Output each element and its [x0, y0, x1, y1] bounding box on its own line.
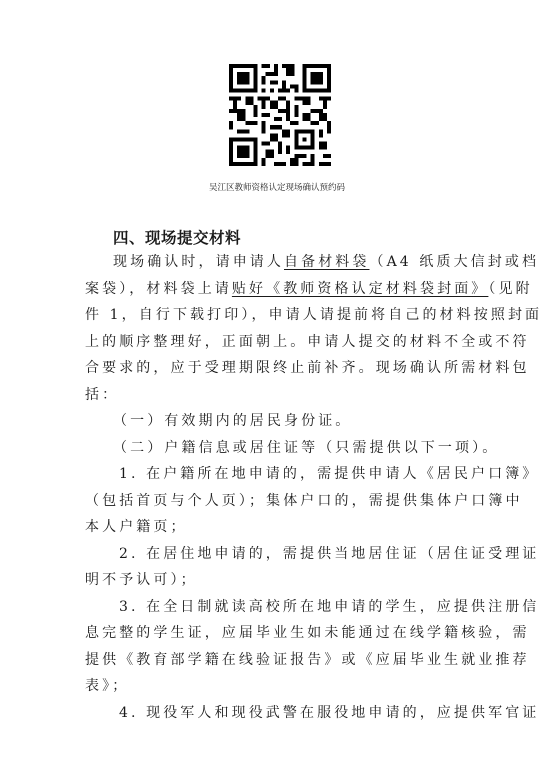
sub-item-line: 本人户籍页； — [85, 514, 470, 541]
text: （A4 纸质大信封或档 — [370, 254, 540, 270]
paragraph-line: 合要求的，应于受理期限终止前补齐。现场确认所需材料包 — [85, 355, 470, 382]
sub-item-line: 明不予认可）； — [85, 567, 470, 594]
paragraph-line: 现场确认时，请申请人自备材料袋（A4 纸质大信封或档 — [85, 249, 470, 276]
qr-code — [229, 64, 331, 166]
text: （见附 — [488, 281, 532, 297]
qr-code-icon — [229, 64, 331, 166]
section-heading: 四、现场提交材料 — [113, 226, 241, 248]
text: 案袋），材料袋上请 — [85, 281, 232, 297]
paragraph-line: 件 1，自行下载打印），申请人请提前将自己的材料按照封面 — [85, 302, 470, 329]
sub-item-line: 2. 在居住地申请的，需提供当地居住证（居住证受理证 — [85, 541, 470, 568]
sub-item-line: （包括首页与个人页）；集体户口的，需提供集体户口簿中 — [85, 488, 470, 515]
sub-item-line: 1. 在户籍所在地申请的，需提供申请人《居民户口簿》 — [85, 461, 470, 488]
sub-item-line: 3. 在全日制就读高校所在地申请的学生，应提供注册信 — [85, 594, 470, 621]
sub-item-line: 表》； — [85, 673, 470, 700]
sub-item-line: 4. 现役军人和现役武警在服役地申请的，应提供军官证 — [85, 700, 470, 727]
paragraph-line: 案袋），材料袋上请贴好《教师资格认定材料袋封面》（见附 — [85, 276, 470, 303]
underlined-text: 贴好《教师资格认定材料袋封面》 — [232, 281, 489, 297]
sub-item-line: 提供《教育部学籍在线验证报告》或《应届毕业生就业推荐 — [85, 647, 470, 674]
underlined-text: 自备材料袋 — [284, 254, 370, 270]
sub-item-line: 息完整的学生证，应届毕业生如未能通过在线学籍核验，需 — [85, 620, 470, 647]
qr-caption: 吴江区教师资格认定现场确认预约码 — [0, 181, 554, 193]
list-item-id-card: （一）有效期内的居民身份证。 — [85, 408, 470, 435]
list-item-household: （二）户籍信息或居住证等（只需提供以下一项）。 — [85, 435, 470, 462]
text: 现场确认时，请申请人 — [113, 254, 284, 270]
paragraph-line: 上的顺序整理好，正面朝上。申请人提交的材料不全或不符 — [85, 329, 470, 356]
paragraph-line: 括： — [85, 382, 470, 409]
document-body: 现场确认时，请申请人自备材料袋（A4 纸质大信封或档 案袋），材料袋上请贴好《教… — [85, 249, 470, 726]
